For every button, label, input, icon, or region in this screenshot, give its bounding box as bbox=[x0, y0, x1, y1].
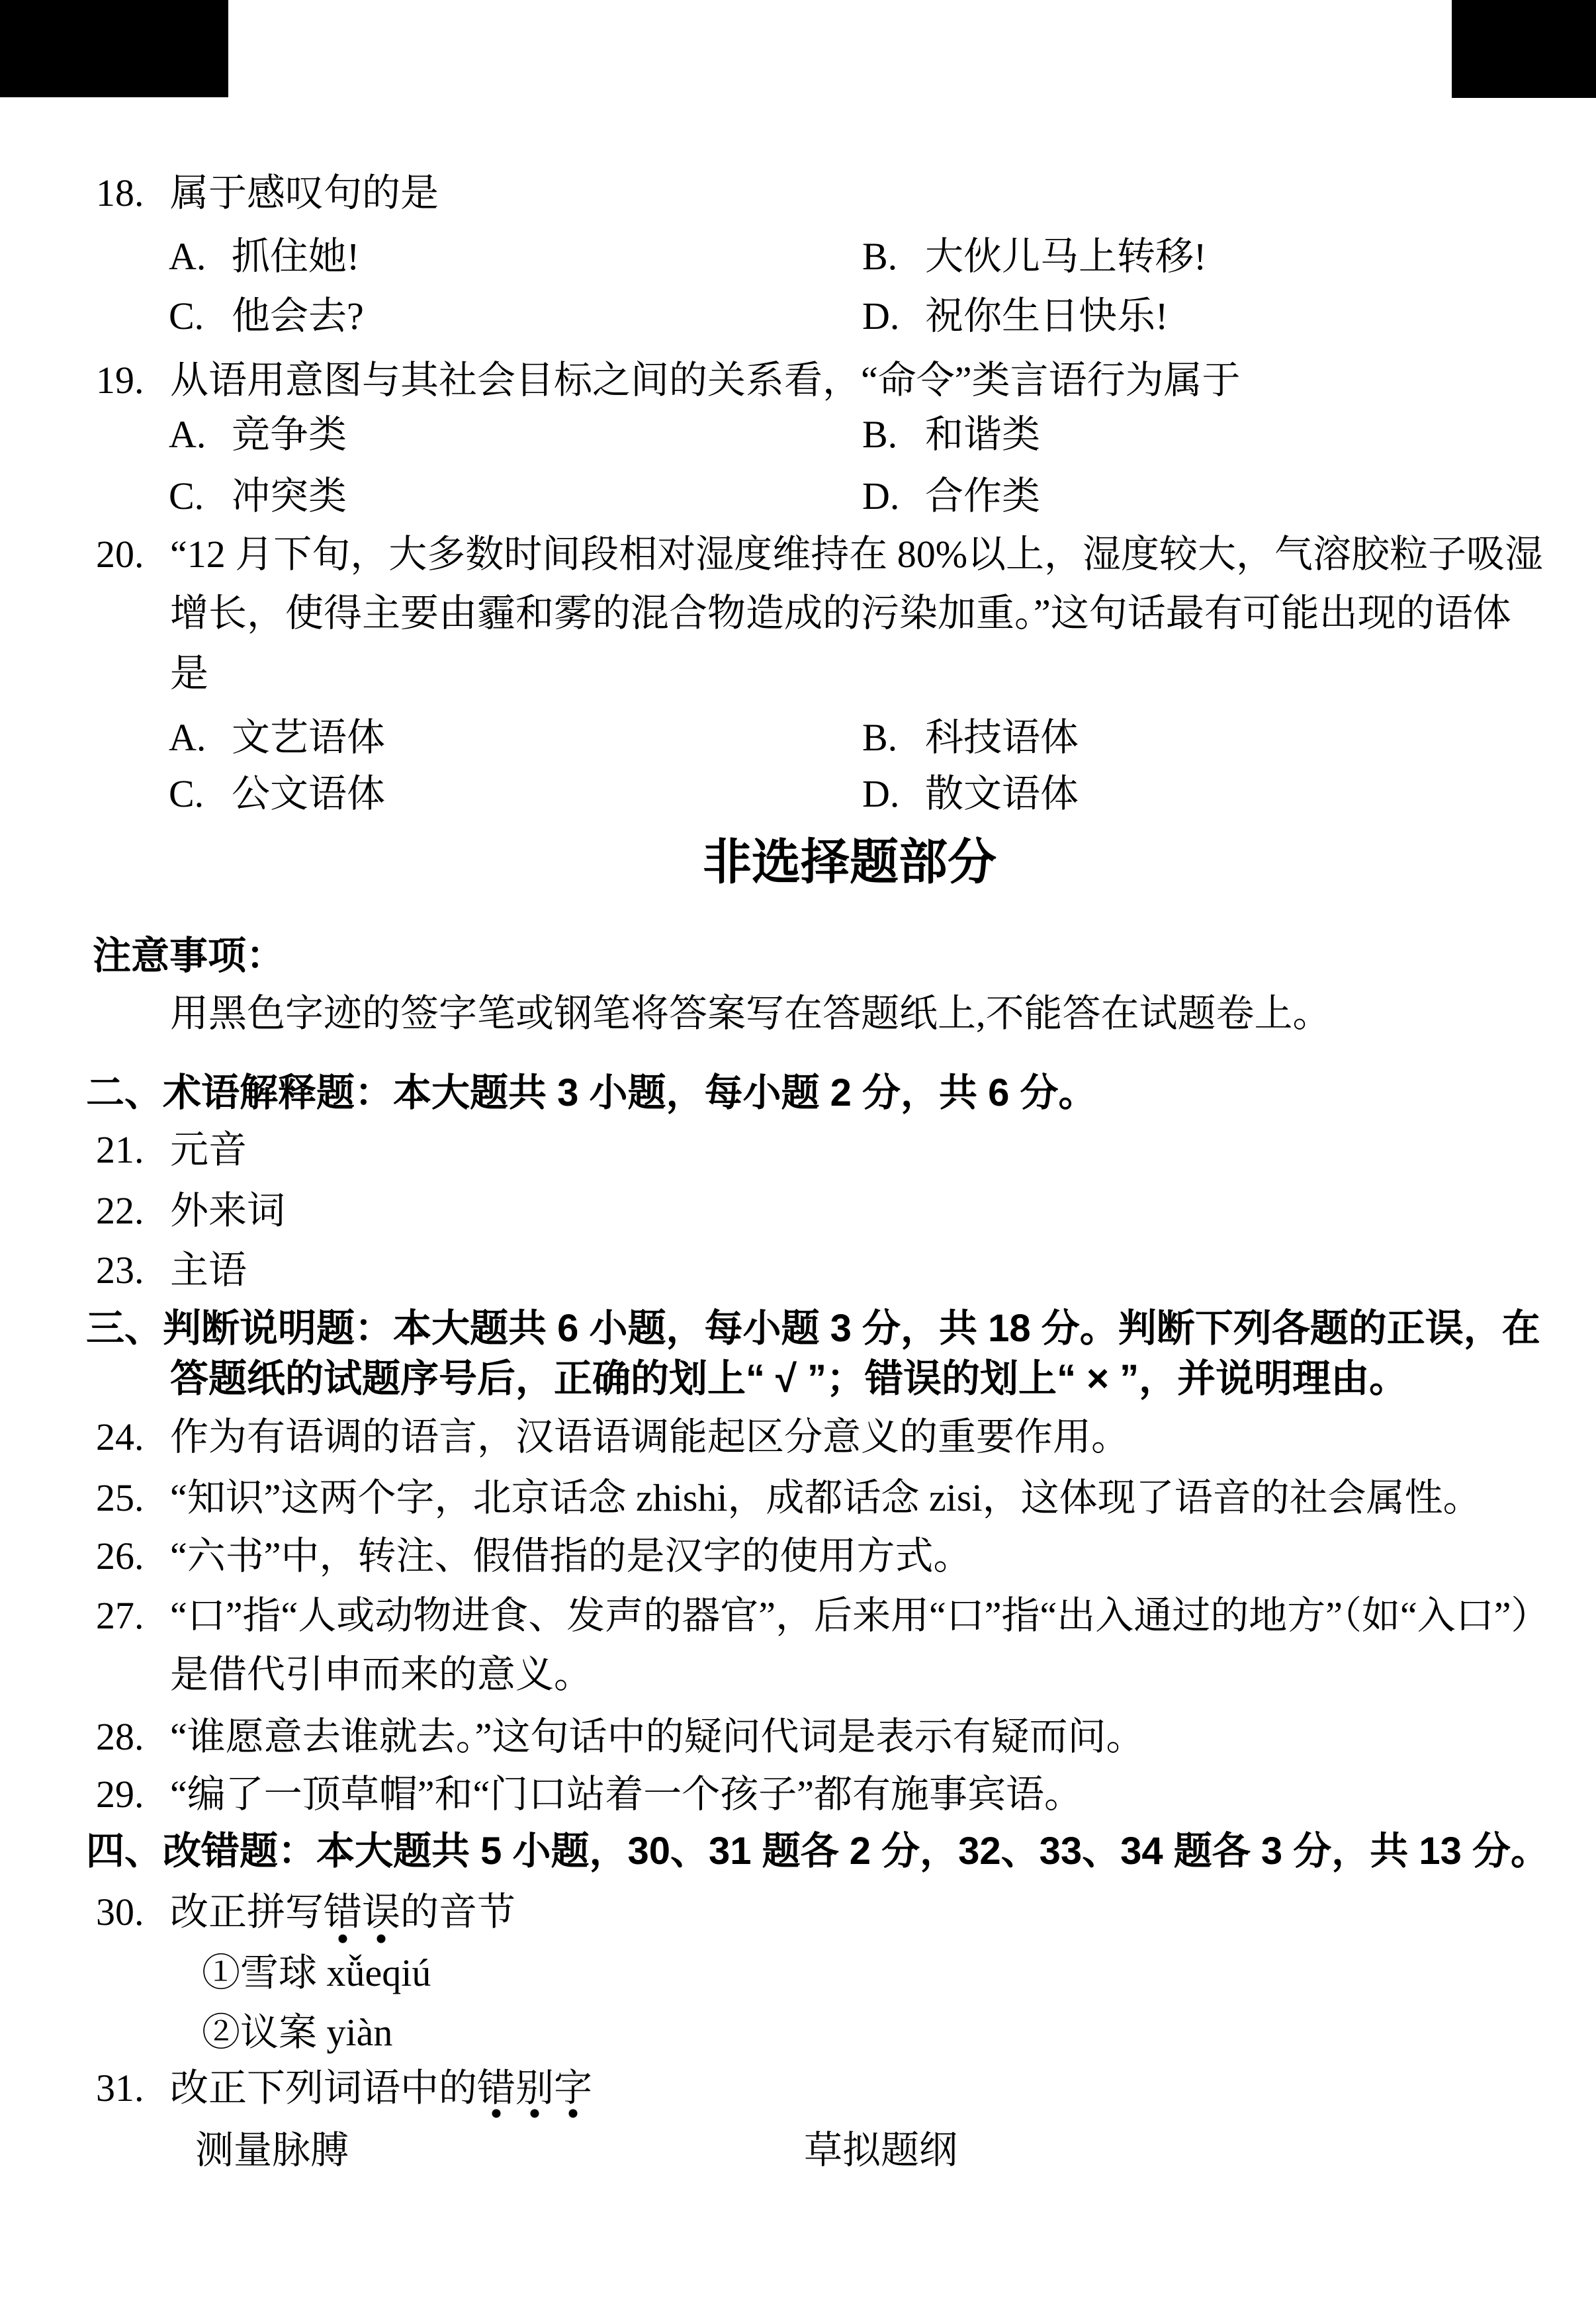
section-3-heading-line2: 答题纸的试题序号后，正确的划上“ √ ”；错误的划上“ × ”，并说明理由。 bbox=[170, 1358, 1407, 1400]
question-30-stem-after: 的音节 bbox=[400, 1890, 515, 1933]
question-31-stem-before: 改正下列词语中的 bbox=[170, 2066, 477, 2109]
option-19-d-label: D. bbox=[862, 475, 925, 517]
question-31-items-row: 测量脉膊 草拟题纲 bbox=[0, 2129, 1596, 2176]
question-20-options-row-2: C.公文语体 D.散文语体 bbox=[0, 773, 1596, 819]
question-21-number: 21. bbox=[96, 1129, 170, 1171]
question-31-item-left: 测量脉膊 bbox=[195, 2129, 349, 2172]
option-19-b: B.和谐类 bbox=[862, 414, 1040, 456]
option-20-c-text: 公文语体 bbox=[232, 772, 385, 815]
redaction-box-top-right bbox=[1452, 0, 1596, 98]
option-18-c: C.他会去? bbox=[169, 295, 364, 337]
question-20-number: 20. bbox=[96, 533, 170, 576]
question-25: 25.“知识”这两个字，北京话念 zhishi，成都话念 zisi，这体现了语音… bbox=[96, 1477, 1482, 1519]
question-30: 30.改正拼写错误的音节 bbox=[96, 1891, 515, 1933]
option-18-d-text: 祝你生日快乐! bbox=[925, 294, 1168, 337]
question-20-stem-line3: 是 bbox=[170, 652, 208, 695]
option-20-d-text: 散文语体 bbox=[925, 772, 1079, 815]
notice-text: 用黑色字迹的签字笔或钢笔将答案写在答题纸上,不能答在试题卷上。 bbox=[170, 993, 1331, 1035]
question-31-stem-dotted: 错别字 bbox=[477, 2066, 592, 2109]
question-24-text: 作为有语调的语言，汉语语调能起区分意义的重要作用。 bbox=[170, 1415, 1130, 1458]
question-19: 19.从语用意图与其社会目标之间的关系看，“命令”类言语行为属于 bbox=[96, 359, 1241, 402]
question-31-number: 31. bbox=[96, 2067, 170, 2109]
question-24: 24.作为有语调的语言，汉语语调能起区分意义的重要作用。 bbox=[96, 1416, 1130, 1458]
question-22-number: 22. bbox=[96, 1190, 170, 1232]
option-19-c: C.冲突类 bbox=[169, 475, 347, 517]
option-18-b-text: 大伙儿马上转移! bbox=[925, 235, 1206, 278]
section-4-heading: 四、改错题：本大题共 5 小题，30、31 题各 2 分，32、33、34 题各… bbox=[86, 1830, 1549, 1873]
question-31: 31.改正下列词语中的错别字 bbox=[96, 2067, 592, 2109]
part-title: 非选择题部分 bbox=[703, 835, 997, 889]
option-19-b-text: 和谐类 bbox=[925, 413, 1040, 456]
option-18-c-text: 他会去? bbox=[232, 294, 364, 337]
option-18-b: B.大伙儿马上转移! bbox=[862, 236, 1206, 278]
question-19-number: 19. bbox=[96, 359, 170, 402]
redaction-box-top-left bbox=[0, 0, 228, 97]
section-2-heading: 二、术语解释题：本大题共 3 小题，每小题 2 分，共 6 分。 bbox=[86, 1072, 1096, 1114]
question-28: 28.“谁愿意去谁就去。”这句话中的疑问代词是表示有疑而问。 bbox=[96, 1716, 1145, 1758]
question-30-number: 30. bbox=[96, 1891, 170, 1933]
question-28-number: 28. bbox=[96, 1716, 170, 1758]
exam-page: 18.属于感叹句的是 A.抓住她! B.大伙儿马上转移! C.他会去? D.祝你… bbox=[0, 0, 1596, 2306]
option-19-c-label: C. bbox=[169, 475, 232, 517]
option-20-a-label: A. bbox=[169, 717, 232, 759]
option-19-d: D.合作类 bbox=[862, 475, 1040, 517]
question-18-stem: 属于感叹句的是 bbox=[170, 171, 439, 214]
question-25-number: 25. bbox=[96, 1477, 170, 1519]
question-24-number: 24. bbox=[96, 1416, 170, 1458]
option-20-d: D.散文语体 bbox=[862, 773, 1079, 815]
question-22: 22.外来词 bbox=[96, 1190, 285, 1232]
option-20-b-text: 科技语体 bbox=[925, 716, 1079, 759]
option-19-a-text: 竞争类 bbox=[232, 413, 347, 456]
question-27-number: 27. bbox=[96, 1595, 170, 1637]
question-27: 27.“口”指“人或动物进食、发声的器官”，后来用“口”指“出入通过的地方”（如… bbox=[96, 1595, 1549, 1637]
option-19-d-text: 合作类 bbox=[925, 474, 1040, 517]
option-20-b: B.科技语体 bbox=[862, 717, 1079, 759]
question-20-stem-line1: “12 月下旬，大多数时间段相对湿度维持在 80%以上，湿度较大，气溶胶粒子吸湿 bbox=[170, 533, 1543, 576]
question-25-text: “知识”这两个字，北京话念 zhishi，成都话念 zisi，这体现了语音的社会… bbox=[170, 1476, 1482, 1519]
option-20-a: A.文艺语体 bbox=[169, 717, 385, 759]
question-18-options-row-1: A.抓住她! B.大伙儿马上转移! bbox=[0, 236, 1596, 282]
option-20-c-label: C. bbox=[169, 773, 232, 815]
option-19-a: A.竞争类 bbox=[169, 414, 347, 456]
question-26-text: “六书”中，转注、假借指的是汉字的使用方式。 bbox=[170, 1534, 972, 1577]
option-18-a-text: 抓住她! bbox=[232, 235, 359, 278]
option-20-c: C.公文语体 bbox=[169, 773, 385, 815]
emphasis-dots-q30 bbox=[324, 1933, 400, 1944]
option-20-d-label: D. bbox=[862, 773, 925, 815]
question-20-options-row-1: A.文艺语体 B.科技语体 bbox=[0, 717, 1596, 763]
question-22-text: 外来词 bbox=[170, 1189, 285, 1232]
notice-label: 注意事项： bbox=[93, 935, 285, 977]
question-19-options-row-1: A.竞争类 B.和谐类 bbox=[0, 414, 1596, 460]
question-18-options-row-2: C.他会去? D.祝你生日快乐! bbox=[0, 295, 1596, 341]
question-30-stem-dotted: 错误 bbox=[324, 1890, 400, 1933]
option-20-b-label: B. bbox=[862, 717, 925, 759]
question-29-text: “编了一顶草帽”和“门口站着一个孩子”都有施事宾语。 bbox=[170, 1773, 1083, 1816]
question-23-number: 23. bbox=[96, 1249, 170, 1292]
option-19-c-text: 冲突类 bbox=[232, 474, 347, 517]
question-26-number: 26. bbox=[96, 1535, 170, 1577]
question-31-item-right: 草拟题纲 bbox=[804, 2129, 957, 2172]
option-20-a-text: 文艺语体 bbox=[232, 716, 385, 759]
question-27-text-line1: “口”指“人或动物进食、发声的器官”，后来用“口”指“出入通过的地方”（如“入口… bbox=[170, 1594, 1549, 1637]
option-18-a-label: A. bbox=[169, 236, 232, 278]
option-18-c-label: C. bbox=[169, 295, 232, 337]
section-3-heading-line1: 三、判断说明题：本大题共 6 小题，每小题 3 分，共 18 分。判断下列各题的… bbox=[86, 1308, 1540, 1350]
question-18: 18.属于感叹句的是 bbox=[96, 172, 439, 214]
question-29: 29.“编了一顶草帽”和“门口站着一个孩子”都有施事宾语。 bbox=[96, 1773, 1083, 1816]
question-29-number: 29. bbox=[96, 1773, 170, 1816]
question-28-text: “谁愿意去谁就去。”这句话中的疑问代词是表示有疑而问。 bbox=[170, 1715, 1145, 1758]
question-18-number: 18. bbox=[96, 172, 170, 214]
option-18-a: A.抓住她! bbox=[169, 236, 359, 278]
question-26: 26.“六书”中，转注、假借指的是汉字的使用方式。 bbox=[96, 1535, 972, 1577]
question-23-text: 主语 bbox=[170, 1249, 247, 1292]
question-21-text: 元音 bbox=[170, 1128, 247, 1171]
option-18-d: D.祝你生日快乐! bbox=[862, 295, 1168, 337]
question-19-stem: 从语用意图与其社会目标之间的关系看，“命令”类言语行为属于 bbox=[170, 359, 1241, 402]
option-18-b-label: B. bbox=[862, 236, 925, 278]
question-27-text-line2: 是借代引申而来的意义。 bbox=[170, 1654, 592, 1696]
question-23: 23.主语 bbox=[96, 1249, 247, 1292]
question-21: 21.元音 bbox=[96, 1129, 247, 1171]
option-19-a-label: A. bbox=[169, 414, 232, 456]
option-19-b-label: B. bbox=[862, 414, 925, 456]
question-30-stem-before: 改正拼写 bbox=[170, 1890, 324, 1933]
emphasis-dots-q31 bbox=[477, 2108, 592, 2119]
question-20: 20.“12 月下旬，大多数时间段相对湿度维持在 80%以上，湿度较大，气溶胶粒… bbox=[96, 533, 1543, 576]
question-20-stem-line2: 增长，使得主要由霾和雾的混合物造成的污染加重。”这句话最有可能出现的语体 bbox=[170, 592, 1511, 635]
question-30-item-2: ②议案 yiàn bbox=[202, 2012, 392, 2054]
question-30-item-1: ①雪球 xǚeqiú bbox=[202, 1952, 431, 1994]
question-19-options-row-2: C.冲突类 D.合作类 bbox=[0, 475, 1596, 521]
option-18-d-label: D. bbox=[862, 295, 925, 337]
